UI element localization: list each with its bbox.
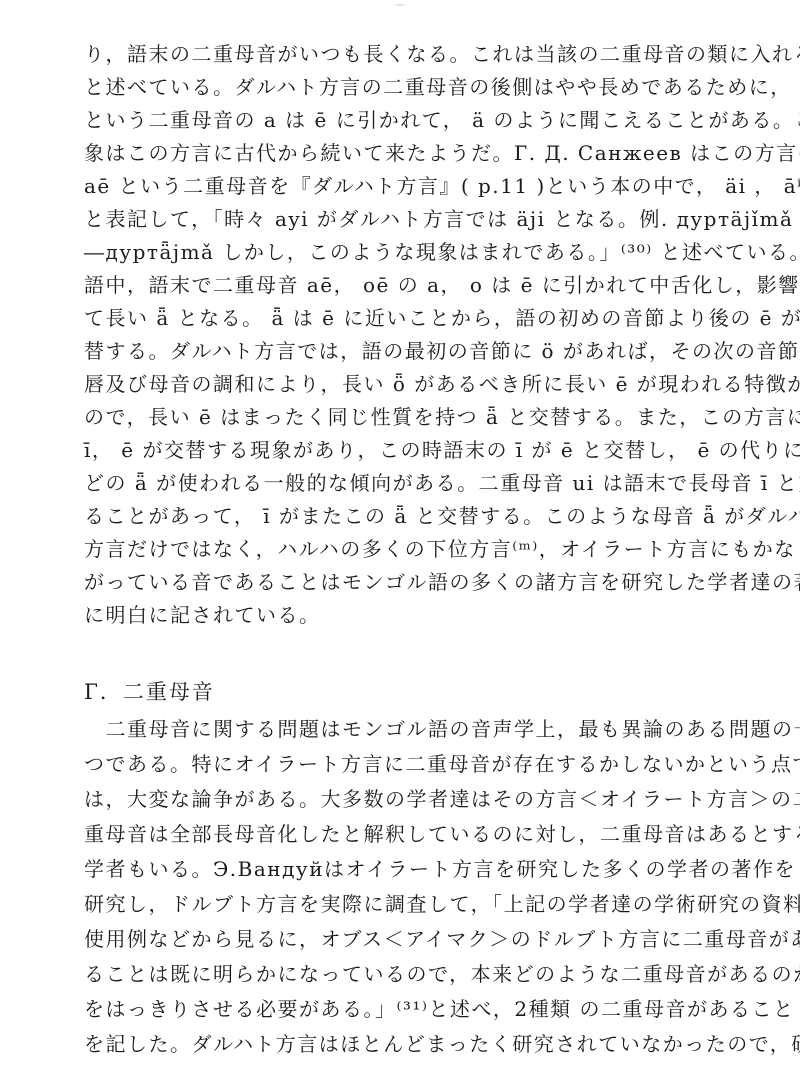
text-line: を記した。ダルハト方言はほとんどまったく研究されていなかったので，研 xyxy=(84,1027,746,1062)
text-line: つである。特にオイラート方言に二重母音が存在するかしないかという点で xyxy=(84,747,746,782)
text-line: ることは既に明らかになっているので，本来どのような二重母音があるのか xyxy=(84,957,746,992)
text-line: 語中，語末で二重母音 aē， oē の a， o は ē に引かれて中舌化し，影… xyxy=(84,269,746,302)
text-line: は，大変な論争がある。大多数の学者達はその方言＜オイラート方言＞の二 xyxy=(84,782,746,817)
text-line: ―дуртǟjmǎ しかし，このような現象はまれである。」⁽³⁰⁾ と述べている… xyxy=(84,236,746,269)
text-line: と述べている。ダルハト方言の二重母音の後側はやや長めであるために， aē xyxy=(84,71,746,104)
text-line: をはっきりさせる必要がある。」⁽³¹⁾と述べ，2種類 の二重母音があること xyxy=(84,992,746,1027)
text-line: て長い ǟ となる。 ǟ は ē に近いことから，語の初めの音節より後の ē が… xyxy=(84,302,746,335)
text-line: り，語末の二重母音がいつも長くなる。これは当該の二重母音の類に入れる。」⁽²⁹⁾ xyxy=(84,38,746,71)
paragraph-2: 二重母音に関する問題はモンゴル語の音声学上，最も異論のある問題の一 つである。特… xyxy=(84,712,746,1062)
text-line: 学者もいる。Э.Вандуйはオイラート方言を研究した多くの学者の著作を xyxy=(84,852,746,887)
text-line: がっている音であることはモンゴル語の多くの諸方言を研究した学者達の著作 xyxy=(84,566,746,599)
text-line: どの ǟ が使われる一般的な傾向がある。二重母音 ui は語末で長母音 ī と交… xyxy=(84,467,746,500)
text-line: に明白に記されている。 xyxy=(84,599,746,632)
scan-artifact xyxy=(396,4,404,6)
text-line: ī， ē が交替する現象があり，この時語末の ī が ē と交替し， ē の代り… xyxy=(84,434,746,467)
text-line: 使用例などから見るに，オブス＜アイマク＞のドルブト方言に二重母音があ xyxy=(84,922,746,957)
text-line: ので，長い ē はまったく同じ性質を持つ ǟ と交替する。また，この方言に長い xyxy=(84,401,746,434)
text-line: 方言だけではなく，ハルハの多くの下位方言⁽ᵐ⁾，オイラート方言にもかなり広 xyxy=(84,533,746,566)
page-content: り，語末の二重母音がいつも長くなる。これは当該の二重母音の類に入れる。」⁽²⁹⁾… xyxy=(84,38,746,1062)
text-line: 替する。ダルハト方言では，語の最初の音節に ö があれば，その次の音節には xyxy=(84,335,746,368)
scanned-document-page: り，語末の二重母音がいつも長くなる。これは当該の二重母音の類に入れる。」⁽²⁹⁾… xyxy=(0,0,800,1083)
text-line: 二重母音に関する問題はモンゴル語の音声学上，最も異論のある問題の一 xyxy=(84,712,746,747)
text-line: という二重母音の a は ē に引かれて， ä のように聞こえることがある。この… xyxy=(84,104,746,137)
text-line: 重母音は全部長母音化したと解釈しているのに対し，二重母音はあるとする xyxy=(84,817,746,852)
text-line: ることがあって， ī がまたこの ǟ と交替する。このような母音 ǟ がダルハト xyxy=(84,500,746,533)
section-heading: Г．二重母音 xyxy=(84,675,746,710)
paragraph-1: り，語末の二重母音がいつも長くなる。これは当該の二重母音の類に入れる。」⁽²⁹⁾… xyxy=(84,38,746,632)
text-line: 象はこの方言に古代から続いて来たようだ。Г. Д. Санжеев はこの方言の xyxy=(84,137,746,170)
text-line: 研究し，ドルブト方言を実際に調査して，「上記の学者達の学術研究の資料， xyxy=(84,887,746,922)
text-line: と表記して，「時々 ayi がダルハト方言では äji となる。例. дуртä… xyxy=(84,203,746,236)
text-line: 唇及び母音の調和により，長い ȫ があるべき所に長い ē が現われる特徴がある xyxy=(84,368,746,401)
text-line: aē という二重母音を『ダルハト方言』( p.11 )という本の中で， äi ，… xyxy=(84,170,746,203)
